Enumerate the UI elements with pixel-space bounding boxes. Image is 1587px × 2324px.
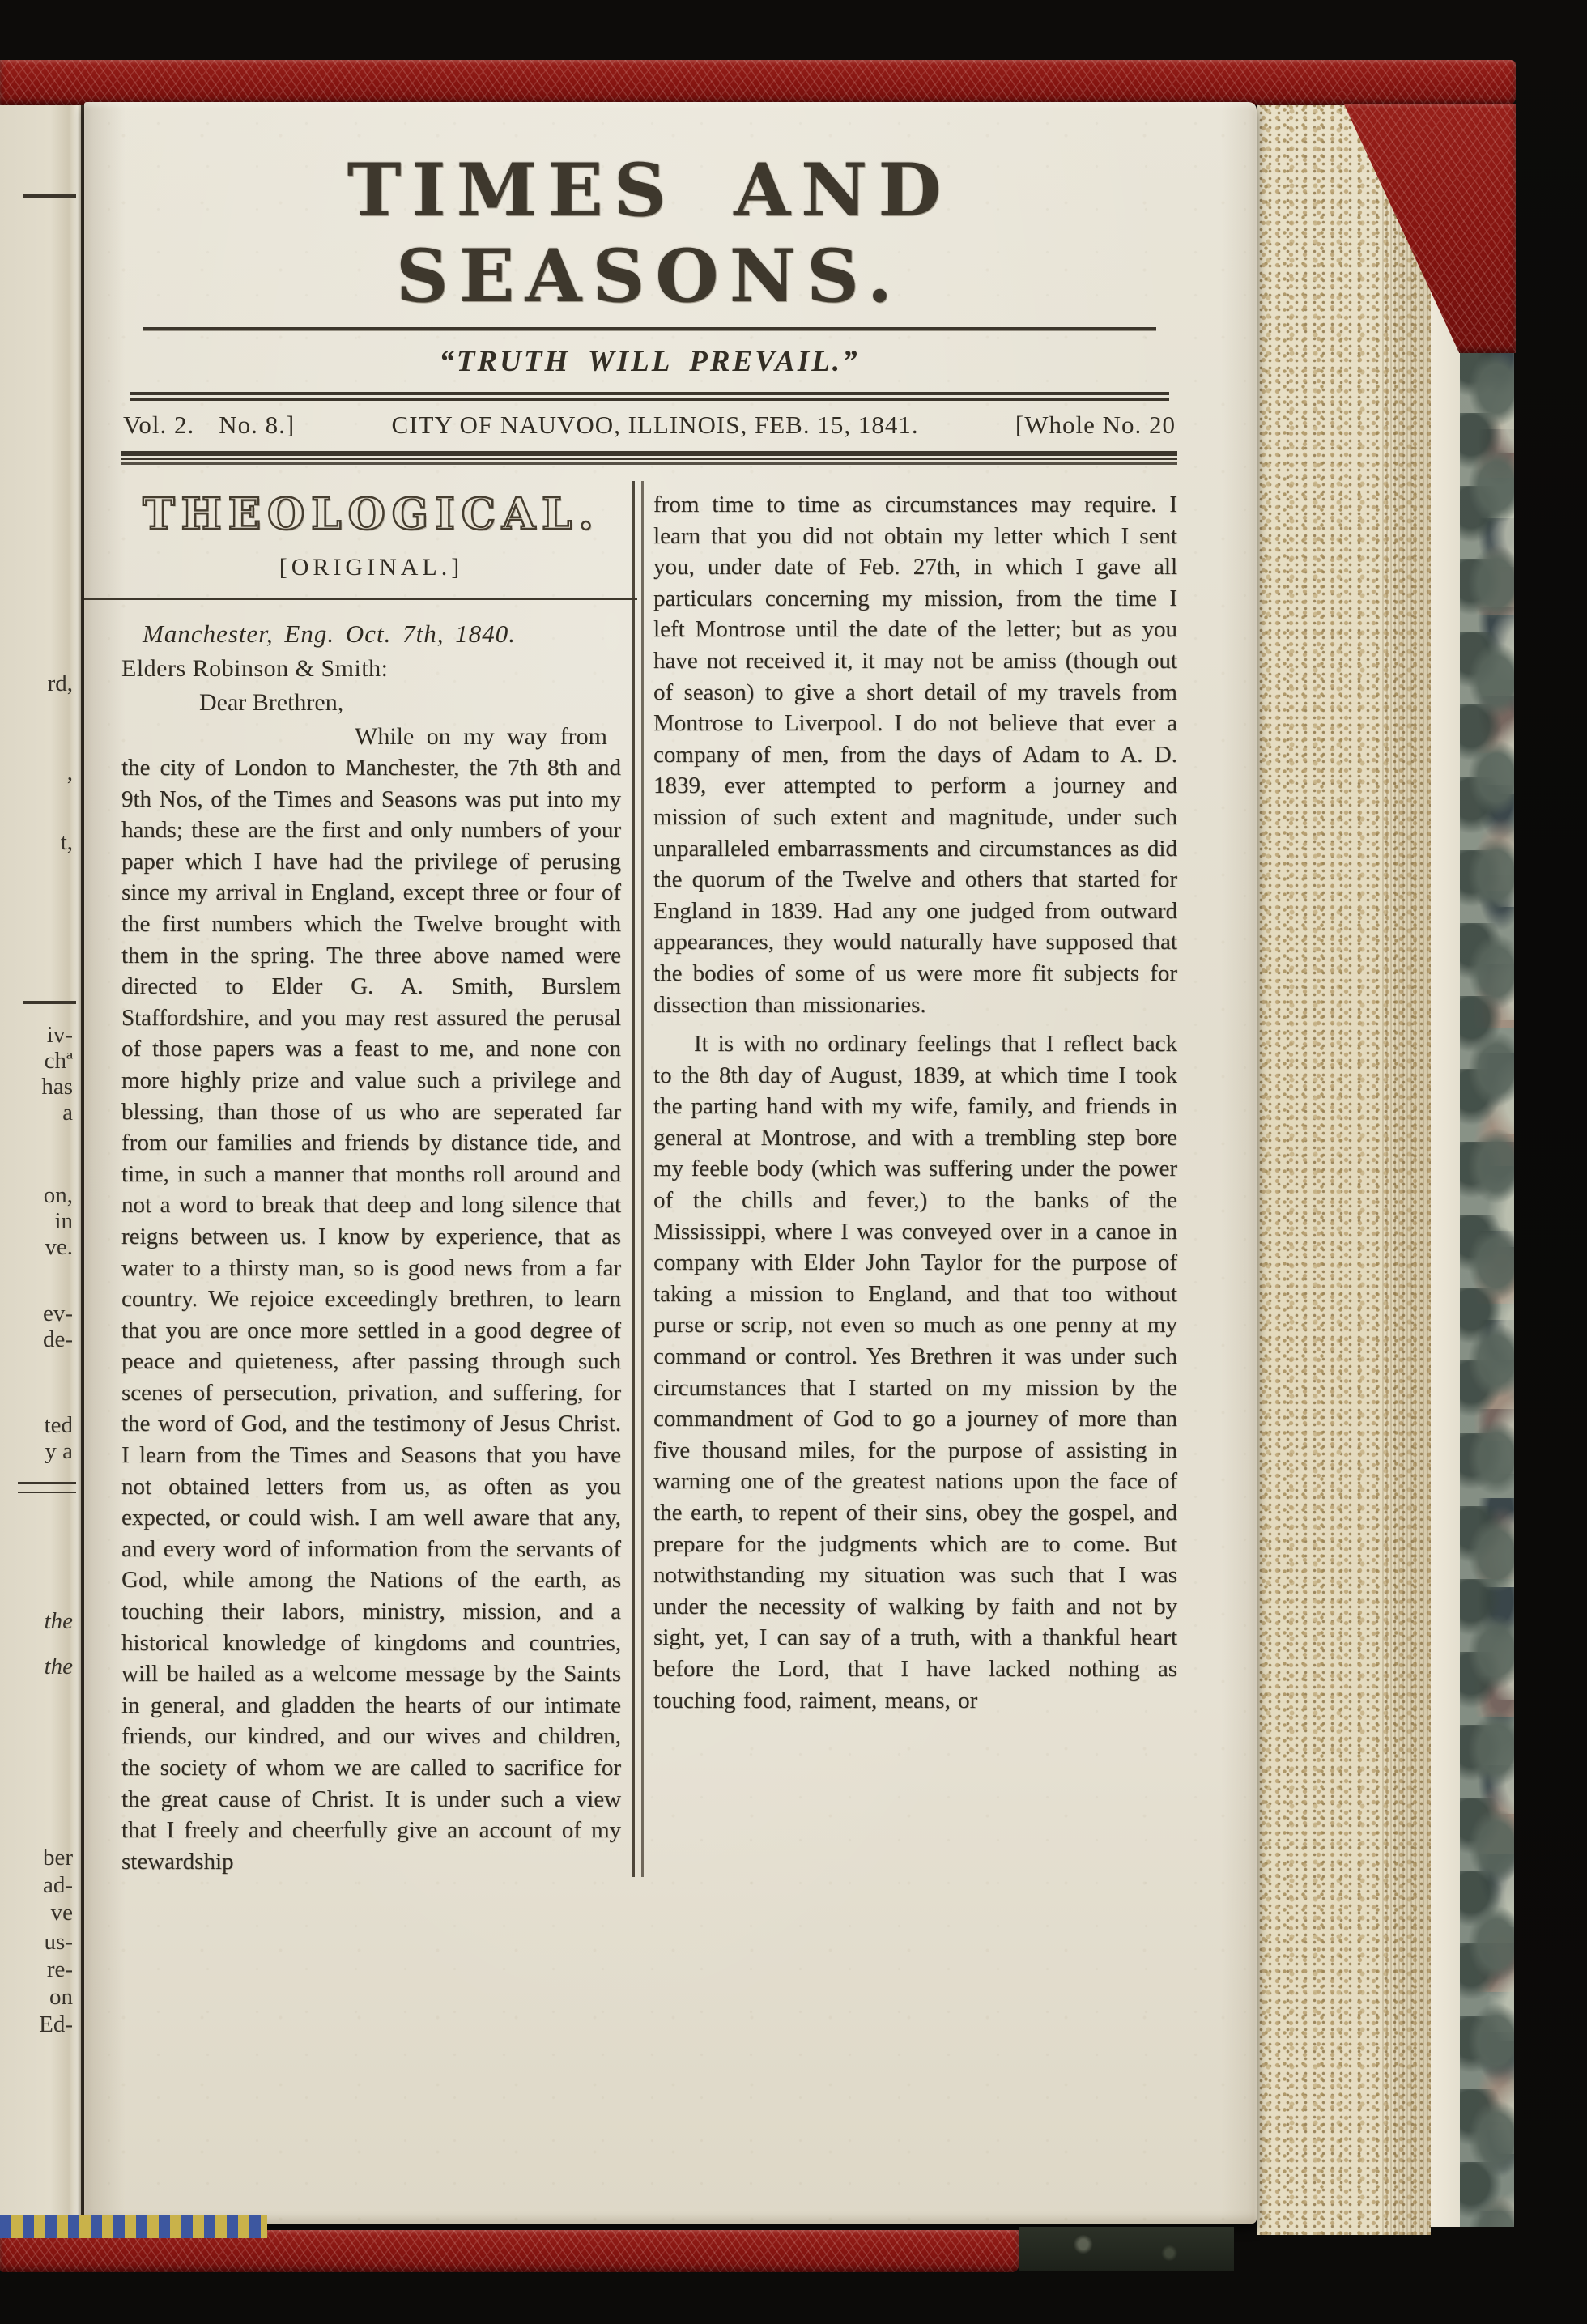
edge-text-fragment: rd, bbox=[48, 670, 73, 697]
bottom-marbled-corner bbox=[1019, 2227, 1234, 2271]
edge-text-fragment: ve. bbox=[45, 1234, 73, 1261]
edge-text-fragment: the bbox=[45, 1654, 73, 1680]
edge-text-fragment: in bbox=[54, 1208, 73, 1235]
column-divider-rule bbox=[632, 481, 644, 1877]
letter-dateline: Manchester, Eng. Oct. 7th, 1840. bbox=[121, 619, 621, 649]
letter-addressee: Elders Robinson & Smith: bbox=[121, 655, 621, 683]
two-column-body: THEOLOGICAL. [ORIGINAL.] Manchester, Eng… bbox=[121, 478, 1177, 1877]
previous-page-sliver: rd,,t,iv-chªhasaon,inve.ev-de-tedy athet… bbox=[0, 104, 84, 2219]
edge-text-fragment: ev- bbox=[43, 1300, 73, 1327]
page-stack-fore-edge bbox=[1257, 102, 1431, 2235]
masthead-rule-fat bbox=[121, 451, 1177, 465]
endband-bottom bbox=[0, 2215, 267, 2238]
newspaper-page: TIMES AND SEASONS. “TRUTH WILL PREVAIL.”… bbox=[84, 102, 1257, 2224]
edge-text-fragment: the bbox=[45, 1608, 73, 1635]
edge-text-fragment: , bbox=[67, 760, 73, 786]
edge-text-fragment: ted bbox=[45, 1412, 73, 1439]
right-column: from time to time as circumstances may r… bbox=[653, 478, 1177, 1877]
edge-text-fragment: a bbox=[62, 1100, 73, 1126]
edge-text-fragment: on, bbox=[44, 1182, 73, 1209]
masthead-rule-double bbox=[130, 392, 1169, 401]
number-label: No. 8.] bbox=[219, 411, 295, 440]
edge-text-fragment: on bbox=[49, 1984, 73, 2011]
masthead-title: TIMES AND SEASONS. bbox=[121, 147, 1177, 319]
letter-opening-line: While on my way from bbox=[121, 723, 621, 751]
issue-line: Vol. 2. No. 8.] CITY OF NAUVOO, ILLINOIS… bbox=[123, 411, 1176, 440]
letter-salutation: Dear Brethren, bbox=[121, 689, 621, 717]
edge-rule-fragment bbox=[23, 194, 76, 198]
city-date-label: CITY OF NAUVOO, ILLINOIS, FEB. 15, 1841. bbox=[392, 411, 919, 440]
issue-volume-number: Vol. 2. No. 8.] bbox=[123, 411, 295, 440]
edge-text-fragment: ad- bbox=[43, 1872, 73, 1899]
letter-body-left: the city of London to Manchester, the 7t… bbox=[121, 752, 621, 1877]
endpaper-edge bbox=[1431, 138, 1460, 2227]
masthead-rule-thin bbox=[143, 327, 1156, 331]
whole-number-label: [Whole No. 20 bbox=[1015, 411, 1176, 440]
left-column: THEOLOGICAL. [ORIGINAL.] Manchester, Eng… bbox=[121, 478, 621, 1877]
edge-text-fragment: ber bbox=[43, 1845, 73, 1871]
section-heading: THEOLOGICAL. bbox=[121, 489, 621, 539]
edge-text-fragment: ve bbox=[51, 1900, 73, 1926]
volume-label: Vol. 2. bbox=[123, 411, 194, 440]
edge-rule-fragment bbox=[18, 1482, 76, 1493]
edge-text-fragment: re- bbox=[47, 1956, 73, 1983]
edge-text-fragment: us- bbox=[45, 1929, 73, 1956]
section-subheading: [ORIGINAL.] bbox=[121, 554, 621, 581]
edge-text-fragment: iv- bbox=[47, 1022, 73, 1049]
edge-text-fragment: t, bbox=[61, 829, 73, 856]
leather-cover-top-edge bbox=[0, 60, 1516, 105]
letter-body-right-1: from time to time as circumstances may r… bbox=[653, 489, 1177, 1020]
section-rule bbox=[84, 598, 637, 600]
edge-rule-fragment bbox=[23, 1001, 76, 1004]
edge-text-fragment: Ed- bbox=[39, 2011, 73, 2038]
book-photo-scene: rd,,t,iv-chªhasaon,inve.ev-de-tedy athet… bbox=[0, 0, 1587, 2324]
edge-text-fragment: y a bbox=[45, 1438, 73, 1465]
edge-text-fragment: has bbox=[41, 1074, 73, 1100]
masthead-motto: “TRUTH WILL PREVAIL.” bbox=[121, 344, 1177, 379]
edge-text-fragment: de- bbox=[43, 1326, 73, 1353]
letter-body-right-2: It is with no ordinary feelings that I r… bbox=[653, 1028, 1177, 1716]
edge-text-fragment: chª bbox=[45, 1048, 73, 1075]
marbled-endpaper-edge bbox=[1460, 340, 1514, 2227]
